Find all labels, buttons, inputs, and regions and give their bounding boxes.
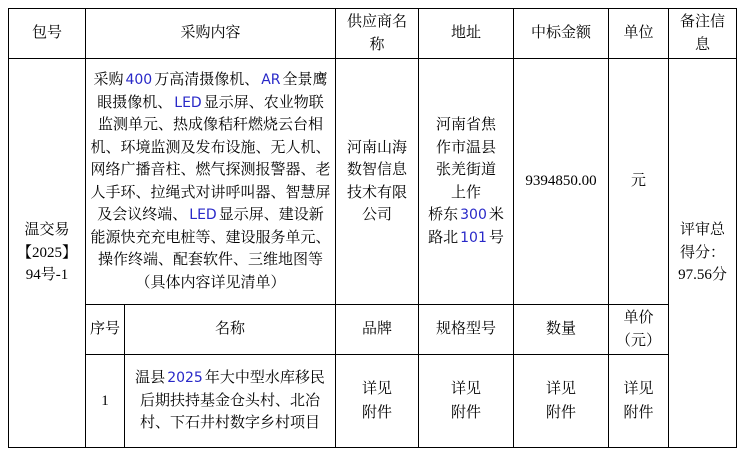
subcol-header-brand: 品牌 [336,305,419,355]
cell-item-name: 温县2025年大中型水库移民后期扶持基金仓头村、北冶村、下石井村数字乡村项目 [125,355,336,448]
table-header-row: 包号 采购内容 供应商名称 地址 中标金额 单位 备注信息 [9,9,737,59]
cell-item-quantity: 详见附件 [514,355,609,448]
cell-item-brand: 详见附件 [336,355,419,448]
subcol-header-unit-price: 单价（元） [609,305,669,355]
subcol-header-name: 名称 [125,305,336,355]
cell-item-seq: 1 [86,355,125,448]
cell-remarks: 评审总得分：97.56分 [669,59,737,448]
cell-item-unit-price: 详见附件 [609,355,669,448]
item-brand-value: 详见附件 [359,377,395,425]
cell-address: 河南省焦 作市温县 张羌街道 上作 桥东300米 路北101号 [419,59,514,305]
cell-unit: 元 [609,59,669,305]
col-header-address: 地址 [419,9,514,59]
subcol-header-seq: 序号 [86,305,125,355]
cell-supplier-name: 河南山海数智信息技术有限公司 [336,59,419,305]
subcol-header-quantity: 数量 [514,305,609,355]
subcol-header-spec: 规格型号 [419,305,514,355]
award-result-table: 包号 采购内容 供应商名称 地址 中标金额 单位 备注信息 温交易【2025】9… [8,8,737,448]
item-subheader-row: 序号 名称 品牌 规格型号 数量 单价（元） [9,305,737,355]
cell-procurement-content: 采购400万高清摄像机、AR全景鹰眼摄像机、LED显示屏、农业物联监测单元、热成… [86,59,336,305]
col-header-content: 采购内容 [86,9,336,59]
package-row: 温交易【2025】94号-1 采购400万高清摄像机、AR全景鹰眼摄像机、LED… [9,59,737,305]
col-header-supplier: 供应商名称 [336,9,419,59]
cell-item-spec: 详见附件 [419,355,514,448]
item-quantity-value: 详见附件 [543,377,579,425]
item-unit-price-value: 详见附件 [621,377,657,425]
item-row: 1 温县2025年大中型水库移民后期扶持基金仓头村、北冶村、下石井村数字乡村项目… [9,355,737,448]
col-header-unit: 单位 [609,9,669,59]
cell-award-amount: 9394850.00 [514,59,609,305]
col-header-package-no: 包号 [9,9,86,59]
item-spec-value: 详见附件 [448,377,484,425]
col-header-remarks: 备注信息 [669,9,737,59]
cell-package-no: 温交易【2025】94号-1 [9,59,86,448]
document-page: 包号 采购内容 供应商名称 地址 中标金额 单位 备注信息 温交易【2025】9… [0,0,744,456]
col-header-amount: 中标金额 [514,9,609,59]
